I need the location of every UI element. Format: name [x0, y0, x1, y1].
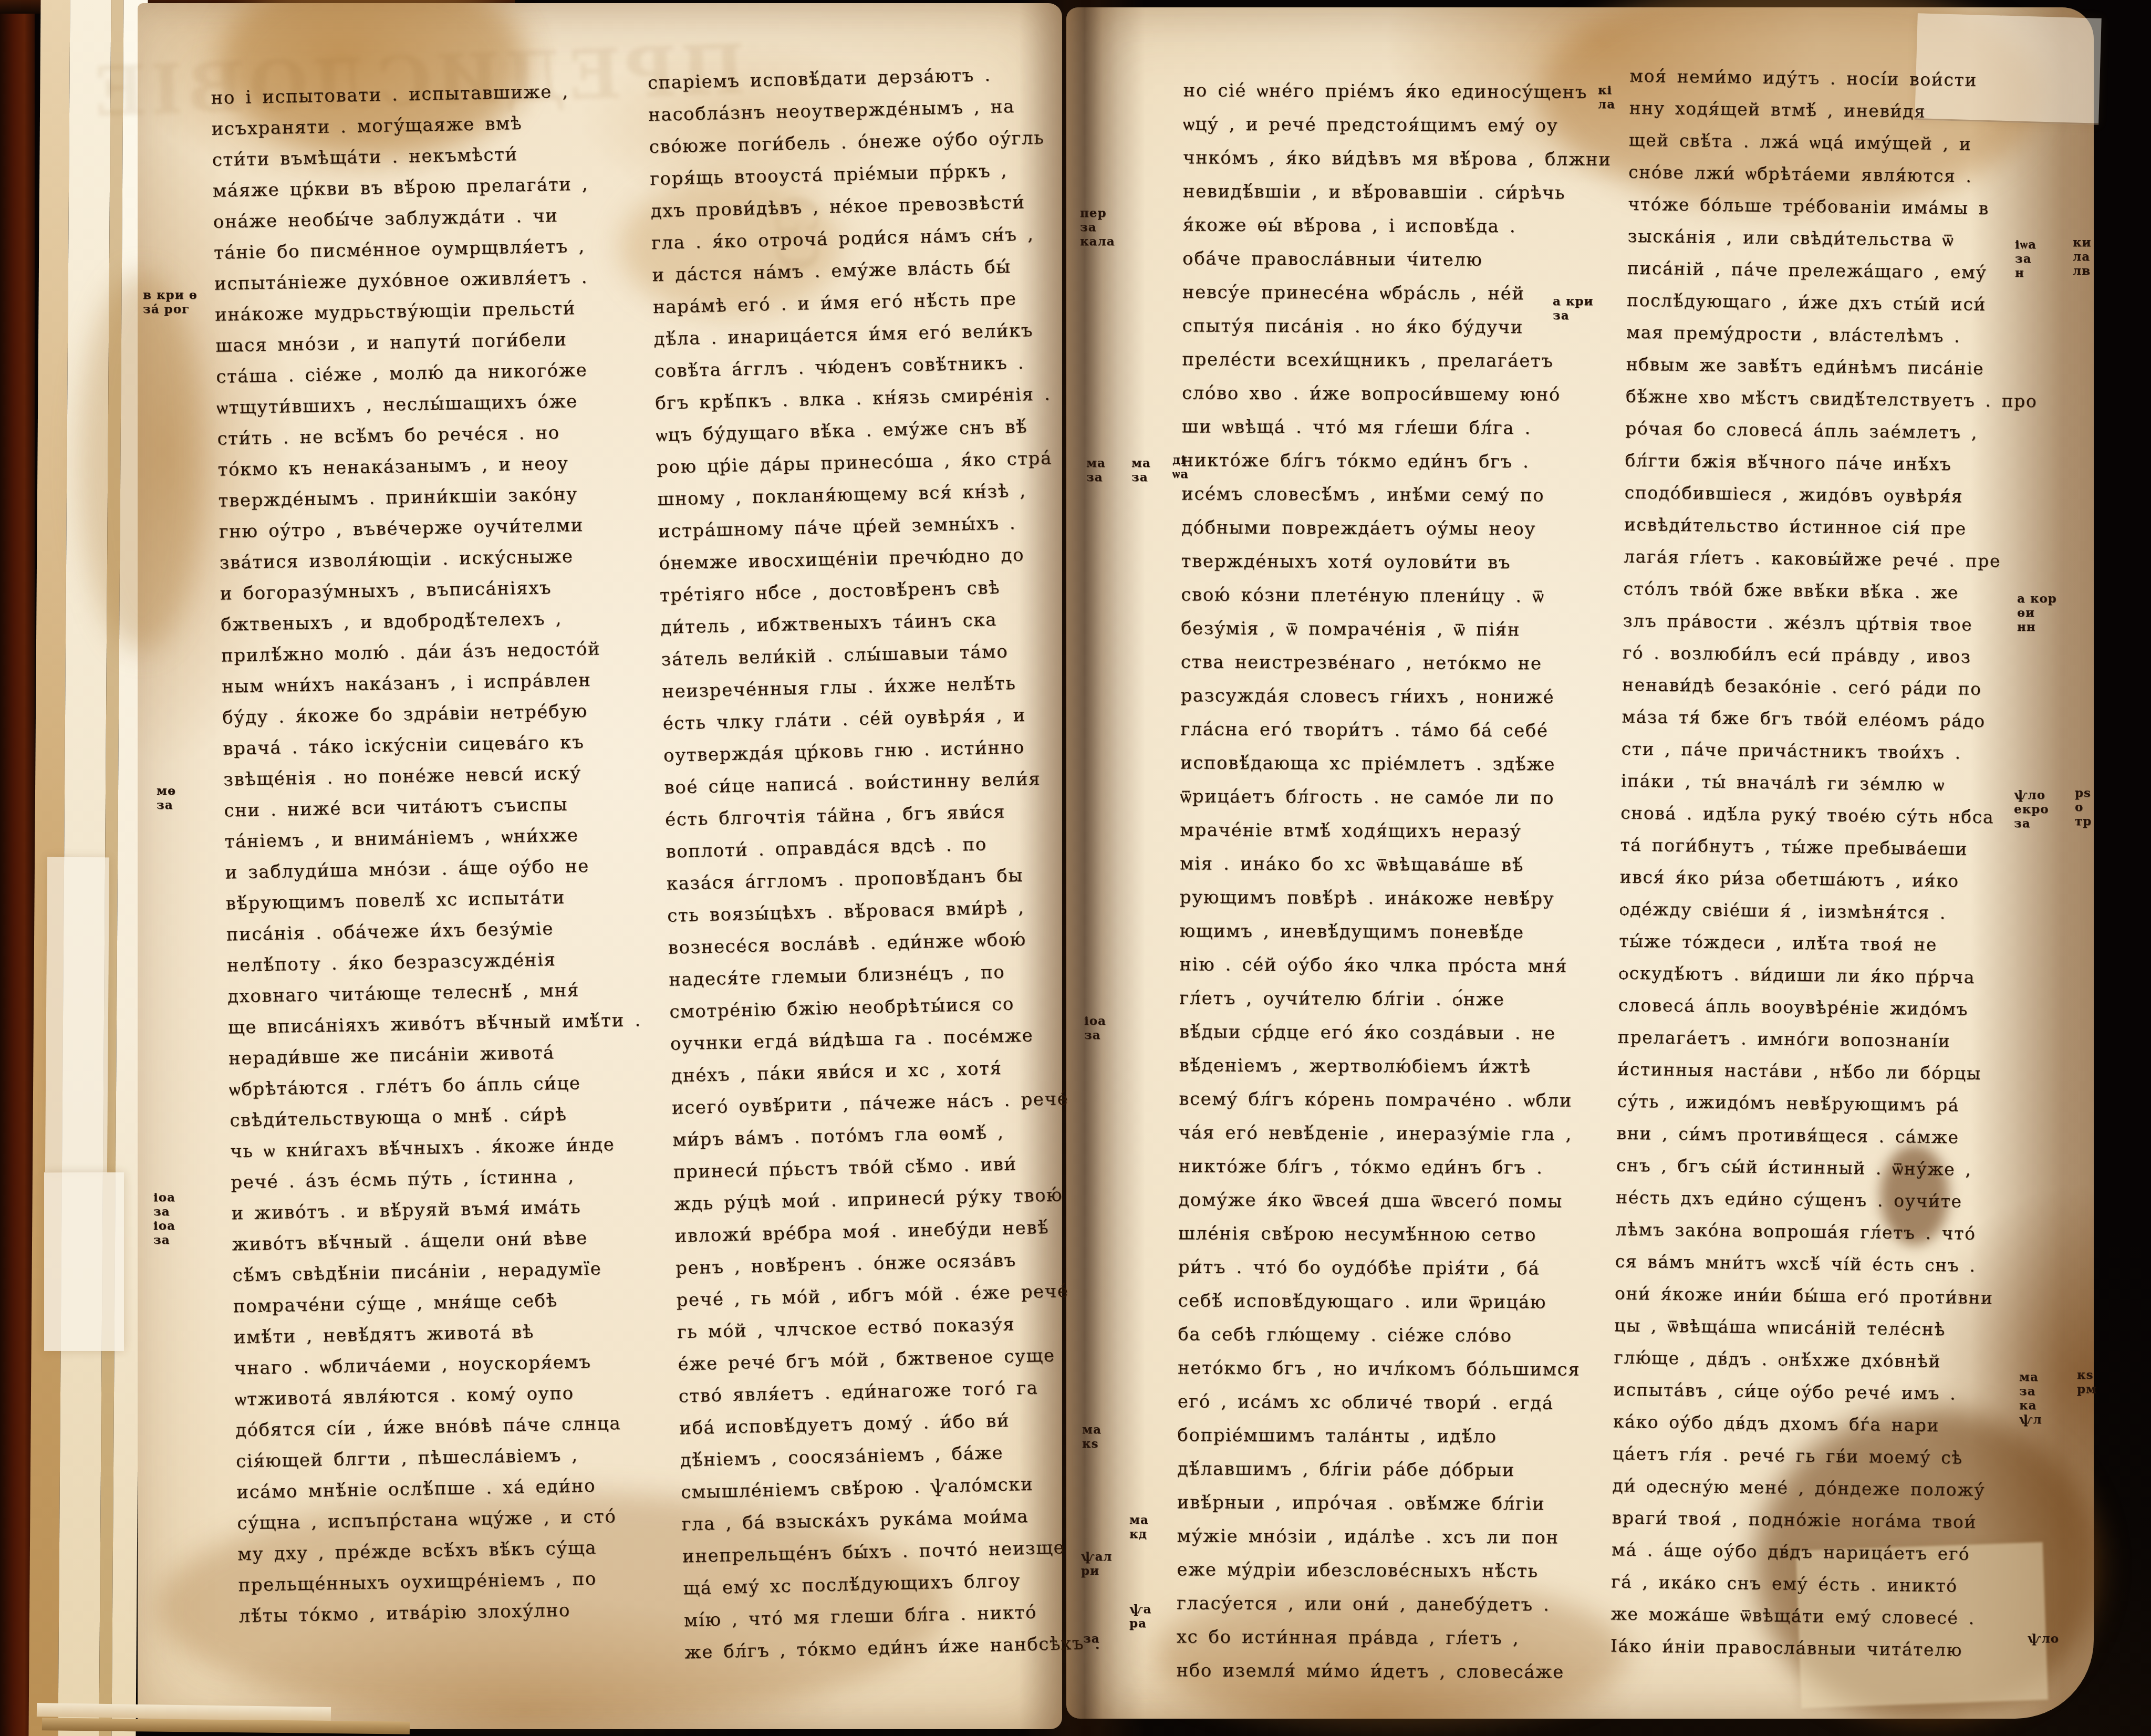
text-line: же можа́ше ѿвѣща́ти ему́ словесе́ .	[1610, 1597, 2004, 1634]
text-line: что́же бо́льше тре́бованіи има́мы в	[1628, 188, 2021, 225]
repair-patch	[45, 857, 109, 1173]
text-line: нію . се́й оу́бо я́ко члка про́ста мня́	[1179, 948, 1603, 983]
text-line: вни , си́мъ противя́щеся . са́мже	[1616, 1117, 2010, 1153]
text-column-right-2: моя́ неми́мо иду́тъ . носі́и вои́стинну …	[1610, 60, 2022, 1667]
margin-note: мѳза	[157, 784, 176, 812]
text-line: ши ѡвѣща́ . что́ мя гл́еши бл́га .	[1182, 410, 1605, 445]
margin-note-line: кѕ	[1082, 1437, 1102, 1451]
text-line: нну ходя́щей втмѣ́ , иневи́дя	[1629, 92, 2022, 129]
margin-note: макѕ	[1082, 1422, 1102, 1451]
margin-note-line: за	[153, 1204, 175, 1219]
margin-note-line: за	[1553, 308, 1594, 323]
margin-note-line: кі	[1598, 83, 1615, 97]
margin-note-line: ѱло	[2014, 788, 2049, 802]
text-line: бѣ́жне хво мѣ́стъ свидѣ́телствуетъ . про	[1625, 380, 2019, 417]
text-line: хс бо исти́нная пра́вда , гл́етъ ,	[1177, 1620, 1600, 1656]
text-line: сло́во хво . и́же вопроси́вшему юно́	[1182, 376, 1605, 412]
text-line: всему́ бл́гъ ко́рень помраче́но . ѡбли	[1179, 1082, 1602, 1118]
margin-note: а криза	[1553, 294, 1594, 323]
text-line: снова́ . идѣ́ла руку́ твое́ю су́ть нб́са	[1620, 796, 2014, 833]
margin-note-line: за	[153, 1233, 175, 1247]
margin-note: а корѳинн	[2017, 591, 2057, 634]
text-line: моя́ неми́мо иду́тъ . носі́и вои́сти	[1629, 60, 2023, 97]
margin-note: за	[1083, 1631, 1100, 1646]
text-line: спыту́я писа́нія . но я́ко бу́дучи	[1182, 309, 1605, 345]
margin-note-line: ма	[1082, 1422, 1102, 1437]
text-line: преле́сти всехи́щникъ , прелага́етъ	[1182, 342, 1605, 378]
text-line: га́ , ика́ко снъ ему́ е́сть . иникто́	[1611, 1565, 2004, 1602]
text-line: лага́я гл́етъ . каковы́йже рече́ . пре	[1624, 540, 2017, 577]
text-line: еже му́дріи ибезслове́сныхъ нѣ́сть	[1177, 1553, 1600, 1588]
margin-note-line: пер	[1080, 206, 1115, 220]
text-line: твержде́ныхъ хотя́ оулови́ти въ	[1181, 544, 1605, 580]
margin-note-line: ма	[1131, 456, 1151, 470]
margin-note-line: ма	[1129, 1513, 1149, 1527]
text-line: вѣ́дыи ср́дце его́ я́ко созда́выи . не	[1179, 1015, 1603, 1051]
text-line: сти , па́че прича́стникъ твои́хъ .	[1621, 732, 2014, 769]
text-line: они́ я́коже ини́и бы́ша его́ проти́вни	[1615, 1277, 2008, 1314]
margin-note-line: а кри	[1553, 294, 1594, 308]
margin-note-line: мѳ	[157, 784, 176, 798]
margin-note-line: ра	[1129, 1616, 1151, 1630]
text-line: ба себѣ глю́щему . сіе́же сло́во	[1178, 1317, 1601, 1353]
text-line: рующимъ повѣ́рѣ . ина́коже невѣ́ру	[1180, 880, 1603, 916]
margin-note-line: іѡа	[2015, 237, 2036, 252]
text-line: ся ва́мъ мни́тъ ѡхсѣ́ чі́й е́сть снъ .	[1615, 1245, 2008, 1282]
text-line: нето́кмо бгъ , но ичл́комъ бо́льшимся	[1178, 1351, 1601, 1387]
text-line: я́коже ѳы́ вѣ́рова , і исповѣ́да .	[1182, 208, 1606, 244]
text-line: ро́чая бо словеса́ а́пль зае́млетъ ,	[1625, 412, 2019, 449]
text-line: никто́же бл́гъ , то́кмо еди́нъ бгъ .	[1178, 1149, 1602, 1185]
text-line: дѣ́лавшимъ , бл́гіи ра́бе до́брыи	[1177, 1452, 1601, 1488]
text-line: его́ , иса́мъ хс ѻбличе́ твори́ . егда́	[1178, 1385, 1601, 1420]
margin-note: діѡа	[1172, 453, 1189, 481]
margin-note: килалв	[2073, 235, 2092, 278]
margin-note-line: за	[2014, 816, 2049, 830]
book-cover-spine-edge	[0, 0, 35, 1736]
margin-note-line: тр	[2075, 814, 2092, 828]
margin-note: ѱлоекроза	[2014, 788, 2049, 830]
margin-note-line: ри	[1081, 1564, 1113, 1578]
margin-note: мазакаѱл	[2019, 1370, 2042, 1427]
repair-patch	[44, 1172, 124, 1351]
margin-note-line: ѱл	[2019, 1412, 2042, 1427]
margin-note-line: за	[1084, 1028, 1106, 1042]
text-line: ивѣ́рныи , ипро́чая . ѻвѣ́мже бл́гіи	[1177, 1485, 1601, 1521]
text-line: исповѣ́дающа хс пріе́млетъ . здѣ́же	[1180, 746, 1604, 782]
margin-note-line: за	[1131, 470, 1151, 484]
text-line: шле́нія свѣ́рою несумѣ́нною сетво	[1178, 1217, 1602, 1252]
margin-note-line: іоа	[1084, 1014, 1106, 1028]
text-line: чнко́мъ , я́ко ви́дѣвъ мя вѣ́рова , блжн…	[1183, 141, 1606, 176]
text-line: испыта́въ , си́це оу́бо рече́ имъ .	[1613, 1373, 2007, 1410]
margin-note-line: ѡа	[1172, 467, 1189, 481]
margin-note-line: за	[1080, 220, 1115, 234]
text-line: ющимъ , иневѣ́дущимъ поневѣ́де	[1179, 914, 1603, 950]
text-line: гл́етъ , оучи́телю бл́гіи . ѻ́нже	[1179, 981, 1603, 1017]
margin-note-line: іоа	[153, 1190, 175, 1204]
text-line: и́стинныя наста́ви , нѣ́бо ли бо́рцы	[1617, 1053, 2011, 1089]
margin-note: ѱара	[1129, 1602, 1151, 1630]
text-line: лѣмъ зако́на вопроша́я гл́етъ . что́	[1615, 1213, 2009, 1250]
margin-note: в кри ѳза́ рог	[143, 288, 198, 316]
text-line: словеса́ а́пль вооувѣре́ніе жидо́мъ	[1618, 989, 2011, 1025]
text-line: злъ пра́вости . же́злъ цр́твія твое	[1623, 604, 2016, 641]
text-line: ча́я его́ невѣ́деніе , инеразу́міе гла ,	[1179, 1116, 1602, 1151]
text-line: исвѣди́тельство и́стинное сія́ пре	[1624, 508, 2017, 545]
margin-note-line: рм	[2077, 1382, 2097, 1396]
text-line: ца́етъ гл́я . рече́ гь гв́и моему́ сѣ	[1613, 1437, 2006, 1474]
text-line: зыска́нія , или свѣди́тельства ѿ	[1627, 220, 2021, 257]
margin-note-line: за	[1086, 470, 1106, 484]
margin-note-line: н	[2015, 266, 2036, 280]
margin-note-line: ѱал	[1081, 1550, 1113, 1564]
text-line: нбо иземля́ ми́мо и́детъ , словеса́же	[1176, 1654, 1599, 1689]
margin-note-line: ѳи	[2017, 606, 2057, 620]
margin-note-line: за	[2019, 1384, 2042, 1398]
text-line: му́жіе мно́зіи , ида́лѣе . хсъ ли пон	[1177, 1519, 1600, 1555]
text-line: разсужда́я словесъ гн́ихъ , нониже́	[1180, 679, 1604, 714]
margin-note: іоазаіоаза	[153, 1190, 175, 1247]
margin-note-line: кала	[1080, 234, 1115, 248]
text-line: вѣ́деніемъ , жертволю́біемъ и́жтѣ	[1179, 1048, 1602, 1084]
text-column-left-1: но і испытовати . испытавшиже ,исъхранят…	[211, 75, 666, 1632]
margin-note: ѱалри	[1081, 1550, 1113, 1578]
margin-note-line: екро	[2014, 802, 2049, 816]
text-line: послѣ́дующаго , и́же дхъ сты́й иси́	[1627, 284, 2020, 321]
margin-note-line: ді	[1172, 453, 1189, 467]
text-line: цы , ѿвѣща́ша ѡписа́ній теле́снѣ	[1614, 1309, 2008, 1346]
margin-note-line: кѕ	[2077, 1368, 2097, 1382]
text-line: невсу́е принесе́на ѡбра́сль , не́й	[1182, 275, 1606, 311]
text-line: гласу́ется , или они́ , данебу́детъ .	[1177, 1586, 1600, 1622]
margin-note-line: за	[157, 798, 176, 812]
text-line: бопріе́мшимъ тала́нты , идѣ́ло	[1177, 1418, 1601, 1454]
text-line: мая прему́дрости , вла́стелѣмъ .	[1626, 316, 2020, 353]
text-column-left-2: спаріемъ исповѣ́дати дерза́ютъ .насобла́…	[647, 57, 1117, 1669]
text-line: ненави́дѣ безако́ніе . сего́ ра́ди по	[1622, 668, 2015, 705]
margin-note-line: ѱа	[1129, 1602, 1151, 1616]
margin-note: ѱло	[2028, 1631, 2059, 1646]
margin-note-line: ма	[1086, 456, 1106, 470]
text-line: снъ , бгъ сы́й и́стинный . ѿну́же ,	[1616, 1149, 2010, 1186]
text-line: та́ поги́бнутъ , ты́же пребыва́еши	[1620, 828, 2013, 865]
text-line: сто́лъ тво́й бже ввѣ́ки вѣ́ка . же	[1623, 572, 2017, 609]
margin-note-line: а кор	[2017, 591, 2057, 606]
text-line: нбвым же завѣ́тъ еди́нѣмъ писа́ніе	[1626, 348, 2019, 385]
text-line: щей свѣ́та . лжа́ ѡца́ иму́щей , и	[1628, 124, 2022, 161]
margin-note-line: кд	[1129, 1527, 1149, 1541]
margin-note: рѕотр	[2075, 786, 2092, 828]
text-line: гла́сна его́ твори́тъ . та́мо ба́ себе́	[1180, 712, 1604, 748]
text-line: ма́ . а́ще оу́бо дв́дъ нарица́етъ его́	[1612, 1533, 2005, 1570]
margin-note-line: іоа	[153, 1219, 175, 1233]
text-line: сно́ве лжи́ ѡбрѣта́еми явля́ются .	[1628, 156, 2022, 193]
text-line: ѻде́жду свіе́ши я́ , іизмѣня́тся .	[1619, 892, 2013, 929]
text-line: мраче́ніе втмѣ́ ходя́щихъ неразу́	[1180, 813, 1603, 849]
text-line: ка́ко оу́бо дв́дъ дхомъ бѓа нари	[1613, 1405, 2007, 1442]
text-line: глю́ще , дв́дъ . ѻнѣ́хже дхо́внѣй	[1614, 1341, 2007, 1378]
text-line: исе́мъ словесѣ́мъ , инѣ́ми сему́ по	[1181, 477, 1605, 513]
margin-note-line: ѱло	[2028, 1631, 2059, 1646]
text-line: ѿрица́етъ бл́гость . не само́е ли по	[1180, 779, 1604, 815]
margin-note: макд	[1129, 1513, 1149, 1541]
text-line: го́ . возлюби́лъ еси́ пра́вду , ивоз	[1622, 636, 2015, 673]
margin-note-line: ла	[2073, 250, 2092, 264]
margin-note-line: за́ рог	[143, 302, 198, 316]
margin-note-line: ма	[2019, 1370, 2042, 1384]
text-line: ма́за тя́ бже бгъ тво́й еле́омъ ра́до	[1622, 700, 2015, 737]
margin-note-line: ки	[2073, 235, 2092, 250]
margin-note-line: в кри ѳ	[143, 288, 198, 302]
margin-note-line: за	[2015, 252, 2036, 266]
margin-note: перзакала	[1080, 206, 1115, 248]
text-line: мія . ина́ко бо хс ѿвѣщава́ше вѣ́	[1180, 847, 1603, 882]
text-line: ты́же то́ждеси , илѣ́та твоя́ не	[1619, 924, 2012, 961]
text-line: но сіе́ ѡне́го пріе́мъ я́ко единосу́щенъ	[1183, 74, 1606, 109]
text-line: оба́че правосла́вныи ч́ителю	[1182, 242, 1606, 277]
text-line: ѻскудѣ́ютъ . ви́диши ли я́ко пр́рча	[1618, 957, 2012, 993]
text-line: ди́ ѻдесну́ю мене́ , до́ндеже положу́	[1612, 1469, 2005, 1506]
text-line: прелага́етъ . имно́ги вопознані́и	[1618, 1021, 2011, 1057]
margin-note-line: ла	[1598, 97, 1615, 111]
margin-note: іѡазан	[2015, 237, 2036, 280]
text-line: сподо́бившіеся , жидо́въ оувѣря́я	[1624, 476, 2018, 513]
text-line: свою́ ко́зни плете́ную плени́цу . ѿ	[1181, 578, 1604, 614]
text-line: ства неистрезве́наго , нето́кмо не	[1181, 645, 1604, 681]
text-line: іпа́ки , ты́ внача́лѣ ги зе́млю ѡ	[1621, 764, 2014, 801]
text-line: себѣ́ исповѣ́дующаго . или ѿрица́ю	[1178, 1284, 1601, 1319]
margin-note: кіла	[1598, 83, 1615, 111]
margin-note-line: ка	[2019, 1398, 2042, 1412]
text-column-right-1: но сіе́ ѡне́го пріе́мъ я́ко единосу́щенъ…	[1176, 74, 1606, 1689]
text-line: писа́ній , па́че прележа́щаго , ему́	[1627, 252, 2020, 289]
margin-note-line: рѕ	[2075, 786, 2092, 800]
text-line: ри́тъ . что́ бо оудо́бѣе прія́ти , ба́	[1178, 1250, 1602, 1286]
text-line: невидѣ́вшіи , и вѣ́ровавшіи . си́рѣчь	[1183, 174, 1606, 210]
open-book-photo: ПРЕДИСЛОВІЕ Ѡ но і испытовати . испытавш…	[0, 0, 2151, 1736]
text-line: бл́гти бжія вѣ́чного па́че инѣ́хъ	[1625, 444, 2018, 481]
margin-note: іоаза	[1084, 1014, 1106, 1042]
text-line: дому́же я́ко ѿвсея́ дша ѿвсего́ помы	[1178, 1183, 1602, 1219]
margin-note-line: нн	[2017, 620, 2057, 634]
text-line: никто́же бл́гъ то́кмо еди́нъ бгъ .	[1181, 443, 1605, 479]
text-line: су́ть , ижидо́мъ невѣ́рующимъ ра́	[1617, 1085, 2010, 1121]
text-line: не́сть дхъ еди́но су́щенъ . оучи́те	[1616, 1181, 2009, 1218]
text-line: ѡцу́ , и рече́ предстоя́щимъ ему́ оу	[1183, 107, 1606, 143]
margin-note-line: о	[2075, 800, 2092, 814]
margin-note-line: лв	[2073, 264, 2092, 278]
text-line: до́бными поврежда́етъ оу́мы неоу	[1181, 511, 1605, 546]
margin-note-line: за	[1083, 1631, 1100, 1646]
margin-note: маза	[1086, 456, 1106, 484]
text-line: враги́ твоя́ , подно́жіе нога́ма твои́	[1612, 1501, 2005, 1538]
text-line: ився́ я́ко ри́за ѻбетша́ютъ , ия́ко	[1619, 860, 2013, 897]
margin-note: маза	[1131, 456, 1151, 484]
text-line: безу́мія , ѿ помраче́нія , ѿ пія́н	[1181, 611, 1604, 647]
margin-note: кѕрм	[2077, 1368, 2097, 1396]
text-line: Іа́ко и́ніи правосла́вныи чита́телю	[1610, 1629, 2003, 1666]
